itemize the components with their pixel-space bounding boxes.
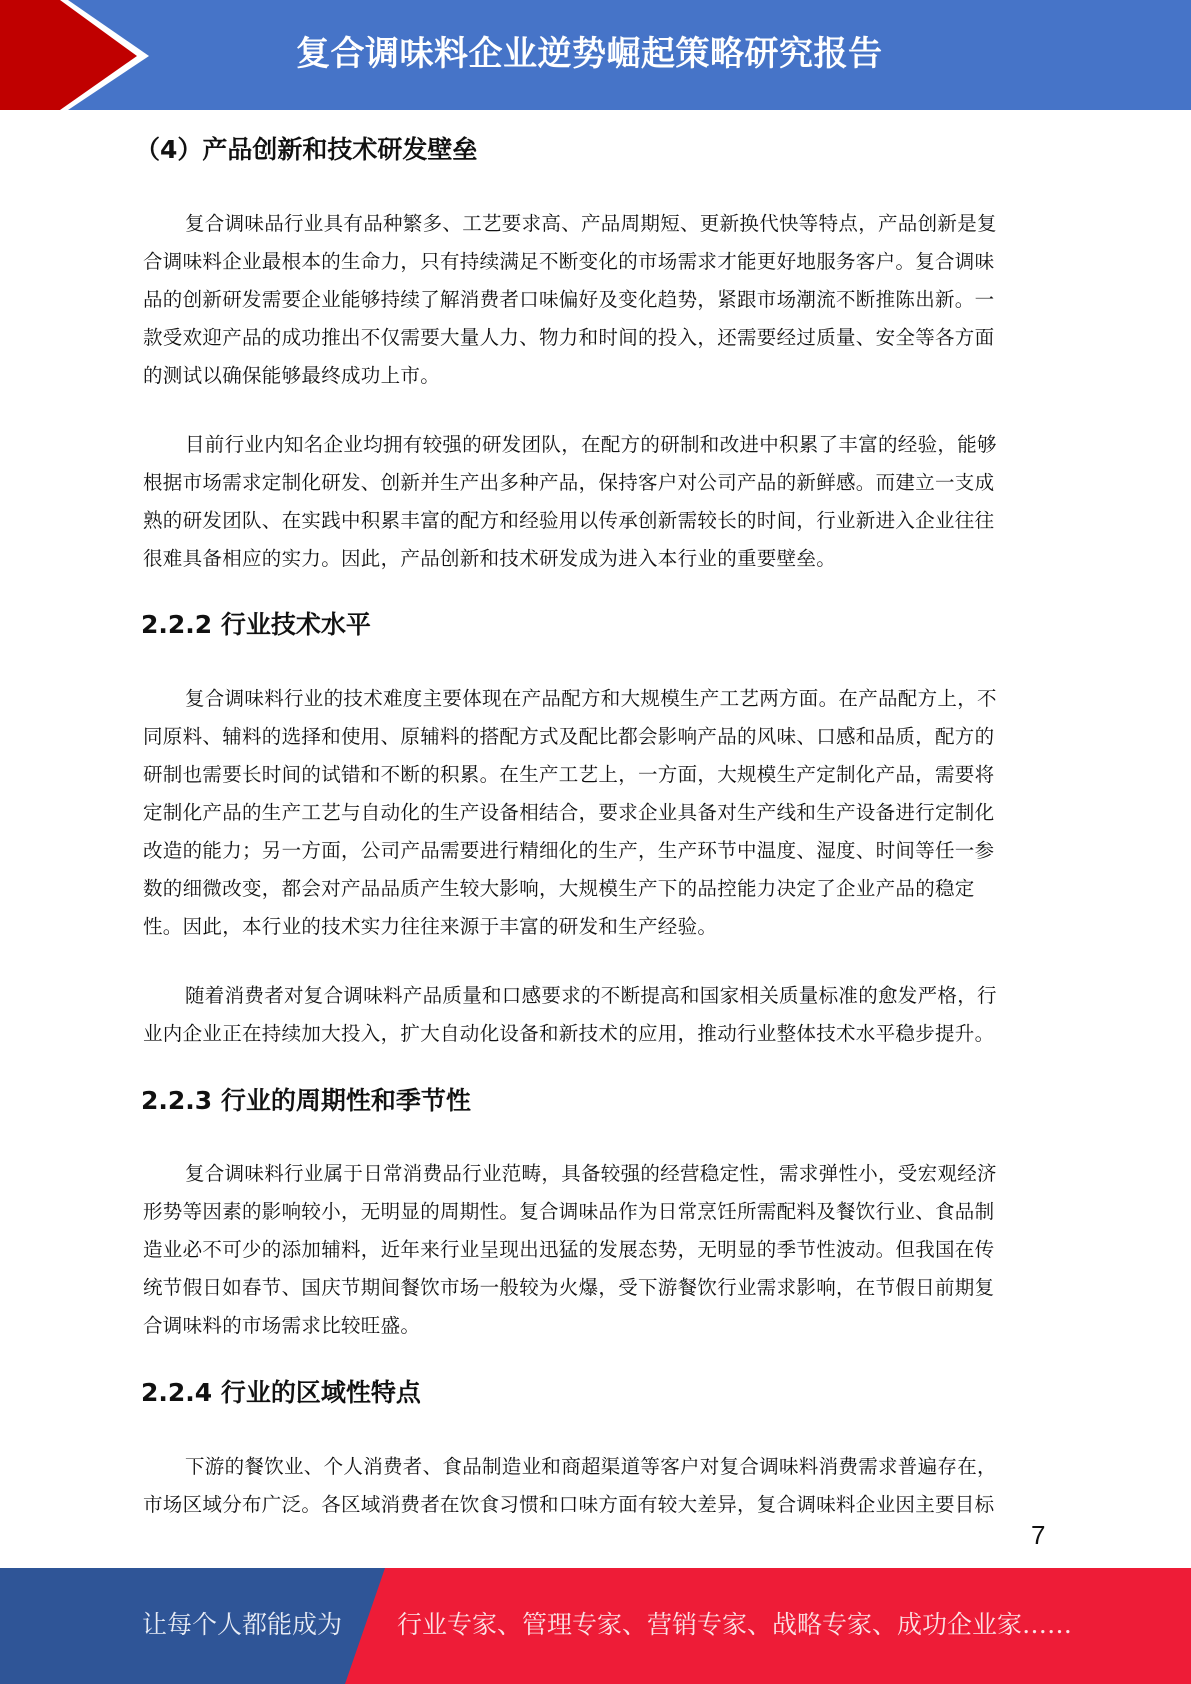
footer-banner: 让每个人都能成为 行业专家、管理专家、营销专家、战略专家、成功企业家……: [0, 1568, 1191, 1684]
text-line: 业内企业正在持续加大投入，扩大自动化设备和新技术的应用，推动行业整体技术水平稳步…: [143, 1020, 994, 1048]
text-line: 性。因此，本行业的技术实力往往来源于丰富的研发和生产经验。: [143, 913, 717, 941]
text-line: 研制也需要长时间的试错和不断的积累。在生产工艺上，一方面，大规模生产定制化产品，…: [143, 761, 994, 789]
report-title: 复合调味料企业逆势崛起策略研究报告: [296, 28, 883, 80]
text-line: 复合调味料行业属于日常消费品行业范畴，具备较强的经营稳定性，需求弹性小，受宏观经…: [185, 1160, 997, 1188]
text-line: 熟的研发团队、在实践中积累丰富的配方和经验用以传承创新需较长的时间，行业新进入企…: [143, 507, 994, 535]
text-line: 合调味料的市场需求比较旺盛。: [143, 1312, 420, 1340]
chevron-arrow-icon: [0, 0, 160, 110]
section-heading: 2.2.3 行业的周期性和季节性: [141, 1085, 471, 1117]
text-line: 下游的餐饮业、个人消费者、食品制造业和商超渠道等客户对复合调味料消费需求普遍存在…: [185, 1453, 997, 1481]
text-line: 很难具备相应的实力。因此，产品创新和技术研发成为进入本行业的重要壁垒。: [143, 545, 836, 573]
text-line: 随着消费者对复合调味料产品质量和口感要求的不断提高和国家相关质量标准的愈发严格，…: [185, 982, 997, 1010]
text-line: 统节假日如春节、国庆节期间餐饮市场一般较为火爆，受下游餐饮行业需求影响，在节假日…: [143, 1274, 994, 1302]
text-line: 合调味料企业最根本的生命力，只有持续满足不断变化的市场需求才能更好地服务客户。复…: [143, 248, 994, 276]
footer-slogan-left: 让每个人都能成为: [142, 1608, 342, 1642]
section-heading: 2.2.2 行业技术水平: [141, 609, 371, 641]
text-line: 的测试以确保能够最终成功上市。: [143, 362, 440, 390]
header-banner: 复合调味料企业逆势崛起策略研究报告: [0, 0, 1191, 110]
text-line: 根据市场需求定制化研发、创新并生产出多种产品，保持客户对公司产品的新鲜感。而建立…: [143, 469, 994, 497]
text-line: 定制化产品的生产工艺与自动化的生产设备相结合，要求企业具备对生产线和生产设备进行…: [143, 799, 994, 827]
text-line: 数的细微改变，都会对产品品质产生较大影响，大规模生产下的品控能力决定了企业产品的…: [143, 875, 975, 903]
text-line: 目前行业内知名企业均拥有较强的研发团队，在配方的研制和改进中积累了丰富的经验，能…: [185, 431, 997, 459]
section-heading: 2.2.4 行业的区域性特点: [141, 1377, 421, 1409]
footer-slogan-right: 行业专家、管理专家、营销专家、战略专家、成功企业家……: [397, 1608, 1072, 1642]
section-heading: （4）产品创新和技术研发壁垒: [135, 134, 477, 166]
text-line: 市场区域分布广泛。各区域消费者在饮食习惯和口味方面有较大差异，复合调味料企业因主…: [143, 1491, 994, 1519]
text-line: 品的创新研发需要企业能够持续了解消费者口味偏好及变化趋势，紧跟市场潮流不断推陈出…: [143, 286, 994, 314]
text-line: 造业必不可少的添加辅料，近年来行业呈现出迅猛的发展态势，无明显的季节性波动。但我…: [143, 1236, 994, 1264]
text-line: 改造的能力；另一方面，公司产品需要进行精细化的生产，生产环节中温度、湿度、时间等…: [143, 837, 994, 865]
text-line: 复合调味料行业的技术难度主要体现在产品配方和大规模生产工艺两方面。在产品配方上，…: [185, 685, 997, 713]
text-line: 同原料、辅料的选择和使用、原辅料的搭配方式及配比都会影响产品的风味、口感和品质，…: [143, 723, 994, 751]
text-line: 款受欢迎产品的成功推出不仅需要大量人力、物力和时间的投入，还需要经过质量、安全等…: [143, 324, 994, 352]
text-line: 复合调味品行业具有品种繁多、工艺要求高、产品周期短、更新换代快等特点，产品创新是…: [185, 210, 997, 238]
page-number: 7: [1031, 1520, 1045, 1550]
text-line: 形势等因素的影响较小，无明显的周期性。复合调味品作为日常烹饪所需配料及餐饮行业、…: [143, 1198, 994, 1226]
